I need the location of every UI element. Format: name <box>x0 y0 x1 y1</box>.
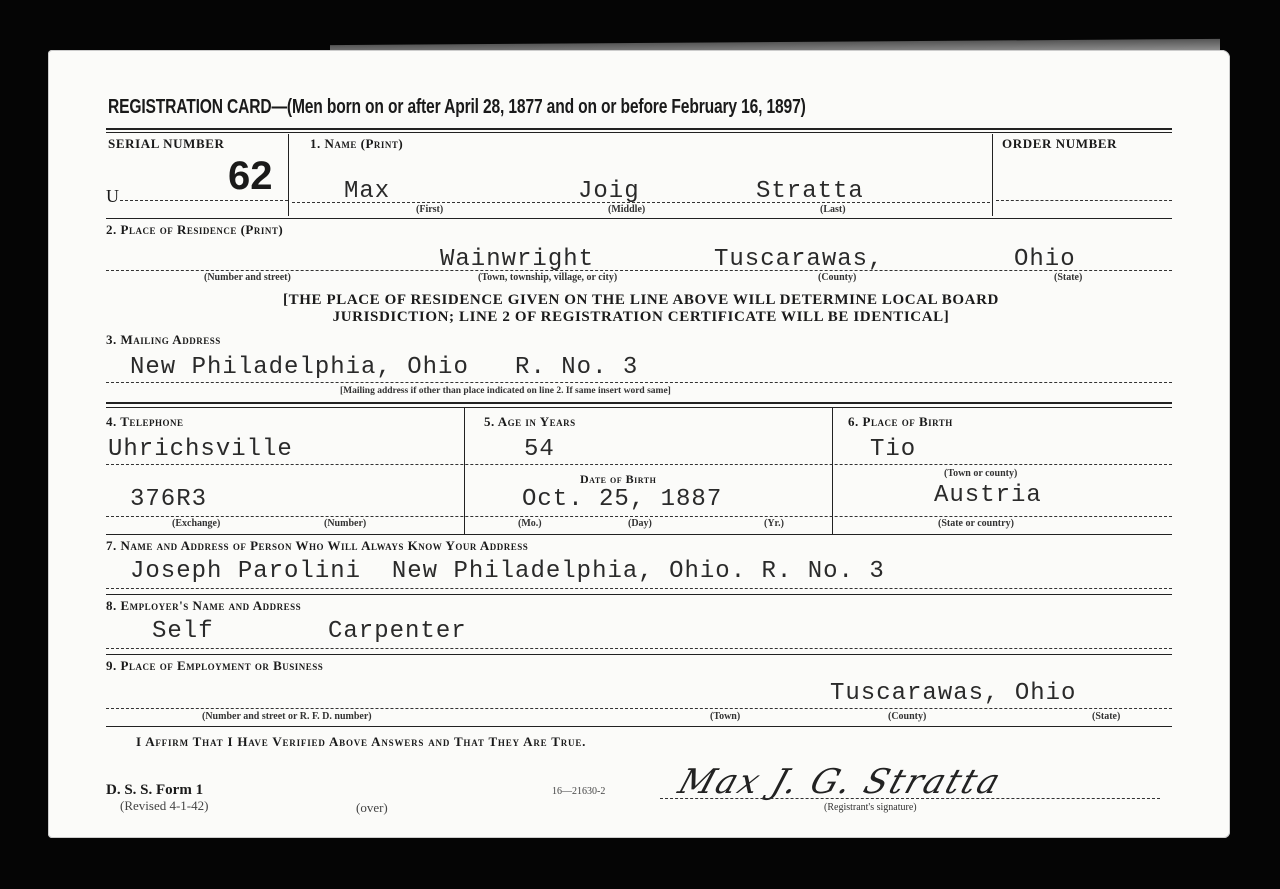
name-first: Max <box>344 178 390 205</box>
residence-notice-line1: [THE PLACE OF RESIDENCE GIVEN ON THE LIN… <box>108 292 1174 309</box>
order-number-label: ORDER NUMBER <box>1002 136 1117 152</box>
day-caption: (Day) <box>628 518 652 529</box>
mailing-address-value: New Philadelphia, Ohio R. No. 3 <box>130 354 638 381</box>
state-caption: (State) <box>1054 272 1082 283</box>
divider <box>106 407 1172 408</box>
residence-notice: [THE PLACE OF RESIDENCE GIVEN ON THE LIN… <box>108 292 1174 326</box>
residence-dash <box>106 270 1172 271</box>
name-dash <box>292 202 990 203</box>
mailing-address-caption: [Mailing address if other than place ind… <box>340 386 671 396</box>
serial-number-label: SERIAL NUMBER <box>108 136 225 152</box>
dob-label: Date of Birth <box>580 472 656 487</box>
divider-vertical <box>288 134 289 216</box>
form-id: D. S. S. Form 1 <box>106 782 203 799</box>
print-code: 16—21630-2 <box>552 786 605 797</box>
row-dash <box>106 516 1172 517</box>
divider <box>106 218 1172 219</box>
county-caption: (County) <box>888 711 926 722</box>
age-label: 5. Age in Years <box>484 414 576 430</box>
divider <box>106 132 1172 133</box>
dob-value: Oct. 25, 1887 <box>522 486 722 513</box>
employer-occupation: Carpenter <box>328 618 467 645</box>
employment-place-value: Tuscarawas, Ohio <box>830 680 1076 707</box>
over-note: (over) <box>356 800 388 816</box>
registration-card: REGISTRATION CARD—(Men born on or after … <box>48 50 1230 838</box>
name-middle: Joig <box>578 178 640 205</box>
row-dash <box>106 708 1172 709</box>
contact-person-label: 7. Name and Address of Person Who Will A… <box>106 538 528 554</box>
divider <box>106 128 1172 130</box>
divider <box>106 594 1172 595</box>
divider <box>106 402 1172 404</box>
divider-vertical <box>992 134 993 216</box>
middle-caption: (Middle) <box>608 204 645 215</box>
town-caption: (Town, township, village, or city) <box>478 272 617 283</box>
card-title: REGISTRATION CARD—(Men born on or after … <box>108 96 806 119</box>
divider <box>106 654 1172 655</box>
street-caption: (Number and street) <box>204 272 291 283</box>
mailing-address-label: 3. Mailing Address <box>106 332 221 348</box>
birthplace-country: Austria <box>934 482 1042 509</box>
contact-person-value: Joseph Parolini New Philadelphia, Ohio. … <box>130 558 885 585</box>
telephone-exchange: Uhrichsville <box>108 436 293 463</box>
form-revision: (Revised 4-1-42) <box>120 798 208 814</box>
telephone-number: 376R3 <box>130 486 207 513</box>
last-caption: (Last) <box>820 204 846 215</box>
residence-town: Wainwright <box>440 246 594 273</box>
residence-county: Tuscarawas, <box>714 246 883 273</box>
row-dash <box>106 464 1172 465</box>
telephone-label: 4. Telephone <box>106 414 183 430</box>
employment-place-label: 9. Place of Employment or Business <box>106 658 323 674</box>
divider <box>106 726 1172 727</box>
residence-label: 2. Place of Residence (Print) <box>106 222 283 238</box>
registrant-signature: Max J. G. Stratta <box>674 762 1007 802</box>
name-label: 1. Name (Print) <box>310 136 403 152</box>
birthplace-town: Tio <box>870 436 916 463</box>
affirmation-text: I Affirm That I Have Verified Above Answ… <box>136 734 586 750</box>
signature-dash <box>660 798 1160 799</box>
town-or-county-caption: (Town or county) <box>944 468 1017 479</box>
town-caption: (Town) <box>710 711 740 722</box>
number-caption: (Number) <box>324 518 366 529</box>
year-caption: (Yr.) <box>764 518 784 529</box>
row-dash <box>106 588 1172 589</box>
state-caption: (State) <box>1092 711 1120 722</box>
street-rfd-caption: (Number and street or R. F. D. number) <box>202 711 372 722</box>
first-caption: (First) <box>416 204 443 215</box>
state-or-country-caption: (State or country) <box>938 518 1014 529</box>
serial-number-prefix: U <box>106 186 119 207</box>
exchange-caption: (Exchange) <box>172 518 220 529</box>
employer-label: 8. Employer's Name and Address <box>106 598 301 614</box>
residence-state: Ohio <box>1014 246 1076 273</box>
order-number-field <box>996 200 1172 201</box>
residence-notice-line2: JURISDICTION; LINE 2 OF REGISTRATION CER… <box>108 309 1174 326</box>
divider <box>106 534 1172 535</box>
county-caption: (County) <box>818 272 856 283</box>
serial-number-value: 62 <box>228 154 273 199</box>
month-caption: (Mo.) <box>518 518 542 529</box>
row-dash <box>106 648 1172 649</box>
birthplace-label: 6. Place of Birth <box>848 414 953 430</box>
mailing-dash <box>106 382 1172 383</box>
signature-caption: (Registrant's signature) <box>824 802 917 813</box>
serial-dash <box>120 200 288 201</box>
name-last: Stratta <box>756 178 864 205</box>
employer-name: Self <box>152 618 214 645</box>
age-value: 54 <box>524 436 555 463</box>
